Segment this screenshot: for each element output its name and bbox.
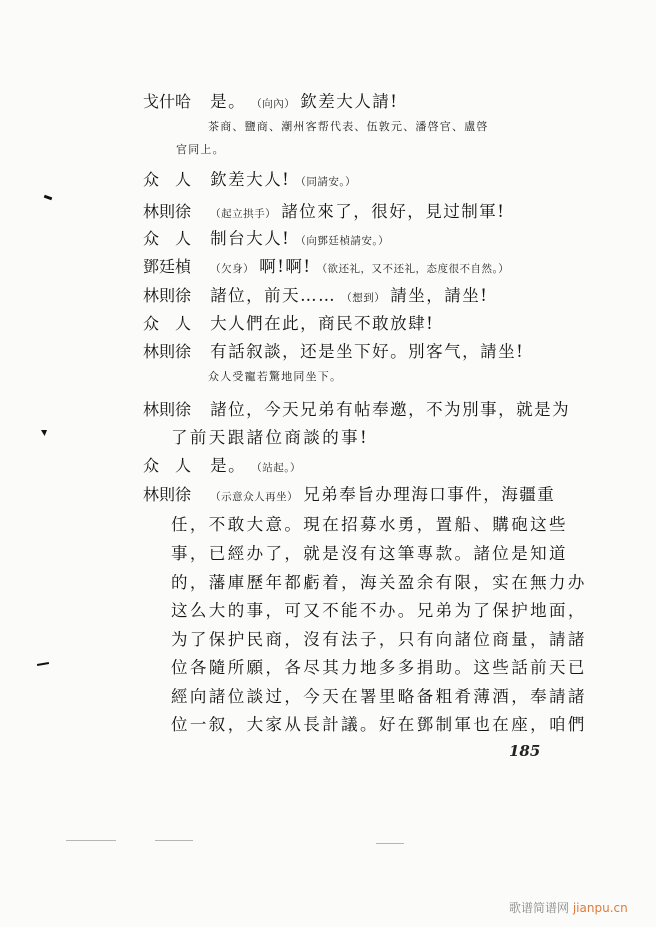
stage-direction: （示意众人再坐） (210, 491, 298, 503)
stage-direction: （起立拱手） (210, 208, 276, 220)
dialogue-line: 鄧廷楨 （欠身） 啊!啊! （欲还礼，又不还礼，态度很不自然。） (143, 253, 509, 277)
stage-direction: （站起。） (251, 462, 301, 474)
stage-direction: （同請安。） (295, 176, 356, 188)
stage-direction-block: 官同上。 (176, 141, 225, 157)
stage-direction: （欲还礼，又不还礼，态度很不自然。） (317, 263, 510, 275)
dialogue-line: 林則徐 有話叙談，还是坐下好。別客气，請坐! (143, 338, 524, 362)
dialogue-continuation: 的，藩庫歷年都虧着，海关盈余有限，实在無力办 (171, 569, 587, 593)
dialogue-line: 众 人 是。 （站起。） (143, 452, 301, 476)
dialogue-continuation: 事，已經办了，就是沒有这筆專款。諸位是知道 (171, 540, 568, 564)
speaker-name: 林則徐 (143, 199, 191, 222)
dialogue-line: 林則徐 （起立拱手） 諸位來了，很好，見过制軍! (143, 198, 505, 222)
speaker-name: 众 人 (143, 226, 191, 249)
binding-mark (41, 430, 47, 436)
dialogue-line: 林則徐 （示意众人再坐） 兄弟奉旨办理海口事件，海疆重 (143, 481, 555, 505)
dialogue-continuation: 任，不敢大意。現在招募水勇，置船、購砲这些 (171, 511, 568, 535)
speaker-name: 鄧廷楨 (143, 254, 191, 277)
dialogue-continuation: 位各隨所願，各尽其力地多多捐助。这些話前天已 (171, 654, 587, 678)
page-number: 185 (509, 742, 540, 760)
speaker-name: 众 人 (143, 453, 191, 476)
dialogue-text: 是。 (210, 92, 246, 111)
dialogue-text: 諸位，今天兄弟有帖奉邀，不为別事，就是为 (210, 400, 570, 419)
dialogue-text: 諸位，前天…… (210, 286, 336, 305)
speaker-name: 林則徐 (143, 339, 191, 362)
dialogue-continuation: 为了保护民商，沒有法子，只有向諸位商量，請諸 (171, 626, 587, 650)
dialogue-line: 戈什哈 是。 （向內） 欽差大人請! (143, 88, 398, 112)
dialogue-text: 制台大人! (210, 229, 290, 248)
dialogue-line: 众 人 制台大人! （向鄧廷楨請安。） (143, 225, 389, 249)
dialogue-line: 林則徐 諸位，前天…… （想到） 請坐，請坐! (143, 282, 488, 306)
stage-direction: （向內） (251, 98, 295, 110)
dialogue-line: 众 人 欽差大人! （同請安。） (143, 166, 356, 190)
stage-direction: （欠身） (210, 263, 254, 275)
dialogue-text: 有話叙談，还是坐下好。別客气，請坐! (210, 342, 524, 361)
dialogue-continuation: 了前天跟諸位商談的事! (171, 424, 369, 448)
dialogue-text: 欽差大人! (210, 170, 290, 189)
dialogue-text: 大人們在此，商民不敢放肆! (210, 314, 434, 333)
dialogue-continuation: 經向諸位談过，今天在署里略备粗肴薄酒，奉請諸 (171, 683, 587, 707)
dialogue-continuation: 位一叙，大家从長計議。好在鄧制軍也在座，咱們 (171, 711, 587, 735)
speaker-name: 林則徐 (143, 482, 191, 505)
dialogue-line: 众 人 大人們在此，商民不敢放肆! (143, 310, 434, 334)
stage-direction: （想到） (341, 292, 385, 304)
dialogue-line: 林則徐 諸位，今天兄弟有帖奉邀，不为別事，就是为 (143, 396, 570, 420)
binding-mark (37, 662, 49, 666)
dialogue-text: 諸位來了，很好，見过制軍! (281, 202, 505, 221)
watermark: 歌谱简谱网 jianpu.cn (509, 899, 628, 916)
stage-direction: （向鄧廷楨請安。） (295, 235, 389, 247)
speaker-name: 林則徐 (143, 397, 191, 420)
watermark-url: jianpu.cn (573, 901, 628, 915)
speaker-name: 众 人 (143, 311, 191, 334)
dialogue-text: 是。 (210, 456, 246, 475)
stage-direction-block: 茶商、鹽商、潮州客帮代表、伍敦元、潘啓官、盧啓 (208, 118, 489, 134)
stage-direction-block: 众人受寵若驚地同坐下。 (208, 368, 342, 384)
dialogue-text: 啊!啊! (259, 257, 311, 276)
scan-artifact (66, 840, 116, 841)
dialogue-text: 欽差大人請! (300, 92, 398, 111)
speaker-name: 戈什哈 (143, 89, 191, 112)
binding-mark (44, 195, 53, 201)
dialogue-continuation: 这么大的事，可又不能不办。兄弟为了保护地面， (171, 597, 587, 621)
dialogue-text: 請坐，請坐! (390, 286, 488, 305)
watermark-site: 歌谱简谱网 (509, 901, 569, 915)
scan-artifact (376, 843, 404, 844)
scan-artifact (155, 840, 193, 841)
speaker-name: 众 人 (143, 167, 191, 190)
dialogue-text: 兄弟奉旨办理海口事件，海疆重 (303, 485, 555, 504)
speaker-name: 林則徐 (143, 283, 191, 306)
